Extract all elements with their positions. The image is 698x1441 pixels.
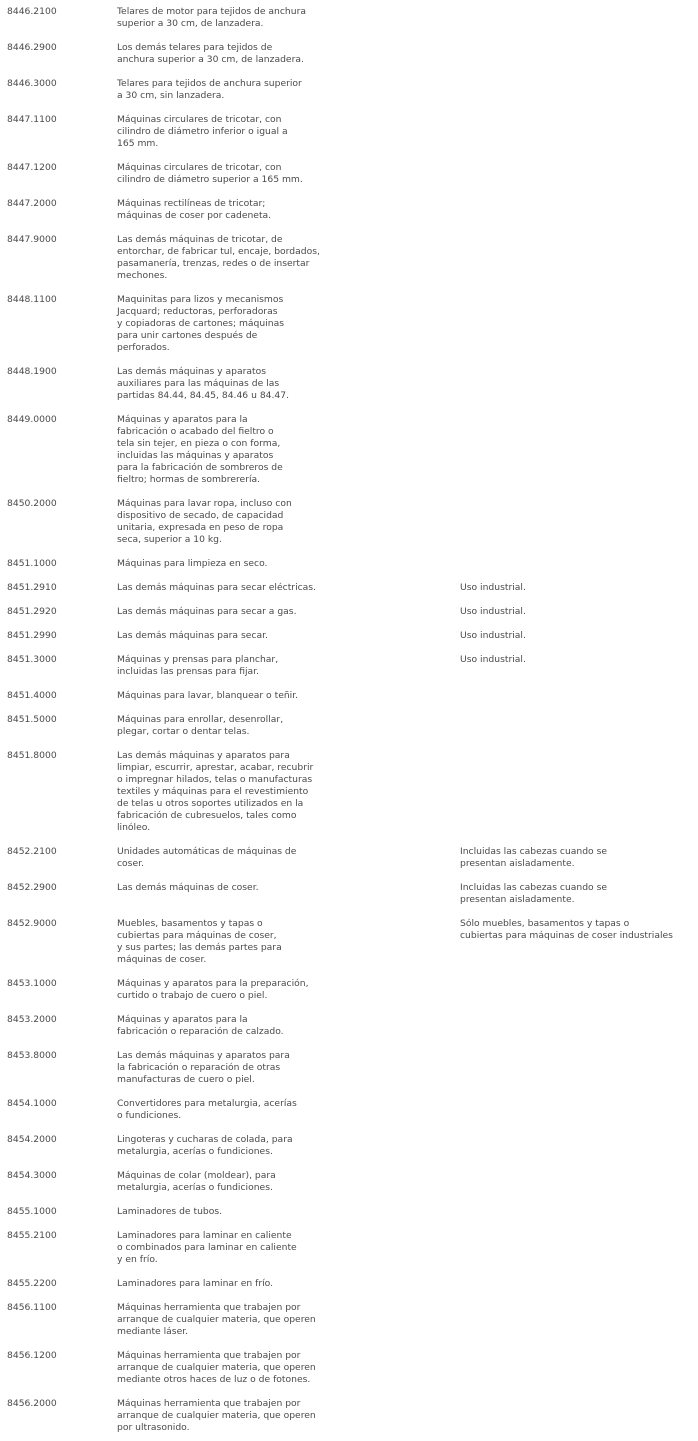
tariff-code: 8446.3000 [0,78,117,90]
tariff-note: Incluidas las cabezas cuando se presenta… [460,882,698,906]
table-row: 8447.1100 Máquinas circulares de tricota… [0,114,698,150]
table-row: 8454.1000 Convertidores para metalurgia,… [0,1098,698,1122]
tariff-description: Las demás máquinas y aparatos auxiliares… [117,366,460,402]
table-row: 8454.2000 Lingoteras y cucharas de colad… [0,1134,698,1158]
table-row: 8453.1000 Máquinas y aparatos para la pr… [0,978,698,1002]
table-row: 8448.1900 Las demás máquinas y aparatos … [0,366,698,402]
tariff-code: 8447.1200 [0,162,117,174]
tariff-description: Máquinas herramienta que trabajen por ar… [117,1398,460,1434]
tariff-code: 8446.2900 [0,42,117,54]
tariff-note: Uso industrial. [460,606,698,618]
table-row: 8456.1100 Máquinas herramienta que traba… [0,1302,698,1338]
table-row: 8450.2000 Máquinas para lavar ropa, incl… [0,498,698,546]
tariff-description: Máquinas circulares de tricotar, con cil… [117,114,460,150]
tariff-description: Máquinas para enrollar, desenrollar, ple… [117,714,460,738]
tariff-code: 8451.3000 [0,654,117,666]
table-row: 8446.2100 Telares de motor para tejidos … [0,6,698,30]
tariff-code: 8453.8000 [0,1050,117,1062]
tariff-description: Las demás máquinas de tricotar, de entor… [117,234,460,282]
tariff-description: Las demás máquinas de coser. [117,882,460,894]
tariff-note: Incluidas las cabezas cuando se presenta… [460,846,698,870]
tariff-description: Laminadores de tubos. [117,1206,460,1218]
tariff-code: 8456.1100 [0,1302,117,1314]
table-row: 8451.5000 Máquinas para enrollar, desenr… [0,714,698,738]
tariff-code: 8454.2000 [0,1134,117,1146]
tariff-note: Uso industrial. [460,654,698,666]
tariff-code: 8451.1000 [0,558,117,570]
tariff-description: Las demás máquinas para secar. [117,630,460,642]
table-row: 8451.4000 Máquinas para lavar, blanquear… [0,690,698,702]
table-row: 8452.9000 Muebles, basamentos y tapas o … [0,918,698,966]
tariff-description: Convertidores para metalurgia, acerías o… [117,1098,460,1122]
table-row: 8446.3000 Telares para tejidos de anchur… [0,78,698,102]
tariff-description: Las demás máquinas para secar eléctricas… [117,582,460,594]
table-row: 8452.2900 Las demás máquinas de coser. I… [0,882,698,906]
tariff-description: Máquinas para lavar, blanquear o teñir. [117,690,460,702]
table-row: 8455.2100 Laminadores para laminar en ca… [0,1230,698,1266]
tariff-description: Los demás telares para tejidos de anchur… [117,42,460,66]
tariff-note: Uso industrial. [460,630,698,642]
tariff-description: Telares para tejidos de anchura superior… [117,78,460,102]
tariff-code: 8447.1100 [0,114,117,126]
table-row: 8446.2900 Los demás telares para tejidos… [0,42,698,66]
table-row: 8452.2100 Unidades automáticas de máquin… [0,846,698,870]
tariff-code: 8456.1200 [0,1350,117,1362]
tariff-note: Sólo muebles, basamentos y tapas o cubie… [460,918,698,942]
tariff-code: 8449.0000 [0,414,117,426]
tariff-description: Máquinas y prensas para planchar, inclui… [117,654,460,678]
tariff-description: Máquinas y aparatos para la fabricación … [117,1014,460,1038]
tariff-code: 8455.2100 [0,1230,117,1242]
table-row: 8451.2990 Las demás máquinas para secar.… [0,630,698,642]
tariff-description: Máquinas herramienta que trabajen por ar… [117,1302,460,1338]
table-row: 8447.9000 Las demás máquinas de tricotar… [0,234,698,282]
tariff-code: 8451.2910 [0,582,117,594]
tariff-description: Máquinas rectilíneas de tricotar; máquin… [117,198,460,222]
tariff-code: 8450.2000 [0,498,117,510]
tariff-description: Máquinas circulares de tricotar, con cil… [117,162,460,186]
tariff-description: Las demás máquinas para secar a gas. [117,606,460,618]
table-row: 8453.2000 Máquinas y aparatos para la fa… [0,1014,698,1038]
table-row: 8449.0000 Máquinas y aparatos para la fa… [0,414,698,486]
tariff-description: Muebles, basamentos y tapas o cubiertas … [117,918,460,966]
tariff-code: 8453.2000 [0,1014,117,1026]
table-row: 8455.2200 Laminadores para laminar en fr… [0,1278,698,1290]
tariff-description: Las demás máquinas y aparatos para limpi… [117,750,460,834]
table-row: 8451.2920 Las demás máquinas para secar … [0,606,698,618]
tariff-description: Las demás máquinas y aparatos para la fa… [117,1050,460,1086]
tariff-code: 8452.9000 [0,918,117,930]
tariff-description: Telares de motor para tejidos de anchura… [117,6,460,30]
tariff-code: 8451.8000 [0,750,117,762]
tariff-code: 8454.1000 [0,1098,117,1110]
tariff-code: 8447.2000 [0,198,117,210]
tariff-code: 8452.2900 [0,882,117,894]
table-row: 8456.2000 Máquinas herramienta que traba… [0,1398,698,1434]
table-row: 8451.3000 Máquinas y prensas para planch… [0,654,698,678]
tariff-description: Unidades automáticas de máquinas de cose… [117,846,460,870]
tariff-code: 8455.1000 [0,1206,117,1218]
tariff-description: Máquinas para lavar ropa, incluso con di… [117,498,460,546]
tariff-table: 8446.2100 Telares de motor para tejidos … [0,0,698,1434]
tariff-code: 8454.3000 [0,1170,117,1182]
tariff-code: 8453.1000 [0,978,117,990]
tariff-note: Uso industrial. [460,582,698,594]
tariff-code: 8452.2100 [0,846,117,858]
tariff-description: Maquinitas para lizos y mecanismos Jacqu… [117,294,460,354]
tariff-description: Máquinas y aparatos para la preparación,… [117,978,460,1002]
tariff-description: Máquinas para limpieza en seco. [117,558,460,570]
tariff-description: Máquinas y aparatos para la fabricación … [117,414,460,486]
tariff-description: Máquinas de colar (moldear), para metalu… [117,1170,460,1194]
tariff-description: Laminadores para laminar en frío. [117,1278,460,1290]
table-row: 8455.1000 Laminadores de tubos. [0,1206,698,1218]
tariff-code: 8456.2000 [0,1398,117,1410]
tariff-code: 8447.9000 [0,234,117,246]
table-row: 8456.1200 Máquinas herramienta que traba… [0,1350,698,1386]
tariff-code: 8451.5000 [0,714,117,726]
table-row: 8447.1200 Máquinas circulares de tricota… [0,162,698,186]
table-row: 8447.2000 Máquinas rectilíneas de tricot… [0,198,698,222]
tariff-code: 8451.4000 [0,690,117,702]
tariff-code: 8451.2990 [0,630,117,642]
tariff-description: Laminadores para laminar en caliente o c… [117,1230,460,1266]
table-row: 8453.8000 Las demás máquinas y aparatos … [0,1050,698,1086]
table-row: 8451.1000 Máquinas para limpieza en seco… [0,558,698,570]
tariff-description: Lingoteras y cucharas de colada, para me… [117,1134,460,1158]
tariff-description: Máquinas herramienta que trabajen por ar… [117,1350,460,1386]
table-row: 8451.8000 Las demás máquinas y aparatos … [0,750,698,834]
table-row: 8451.2910 Las demás máquinas para secar … [0,582,698,594]
tariff-code: 8446.2100 [0,6,117,18]
tariff-code: 8455.2200 [0,1278,117,1290]
table-row: 8448.1100 Maquinitas para lizos y mecani… [0,294,698,354]
tariff-code: 8448.1900 [0,366,117,378]
tariff-code: 8448.1100 [0,294,117,306]
tariff-code: 8451.2920 [0,606,117,618]
table-row: 8454.3000 Máquinas de colar (moldear), p… [0,1170,698,1194]
